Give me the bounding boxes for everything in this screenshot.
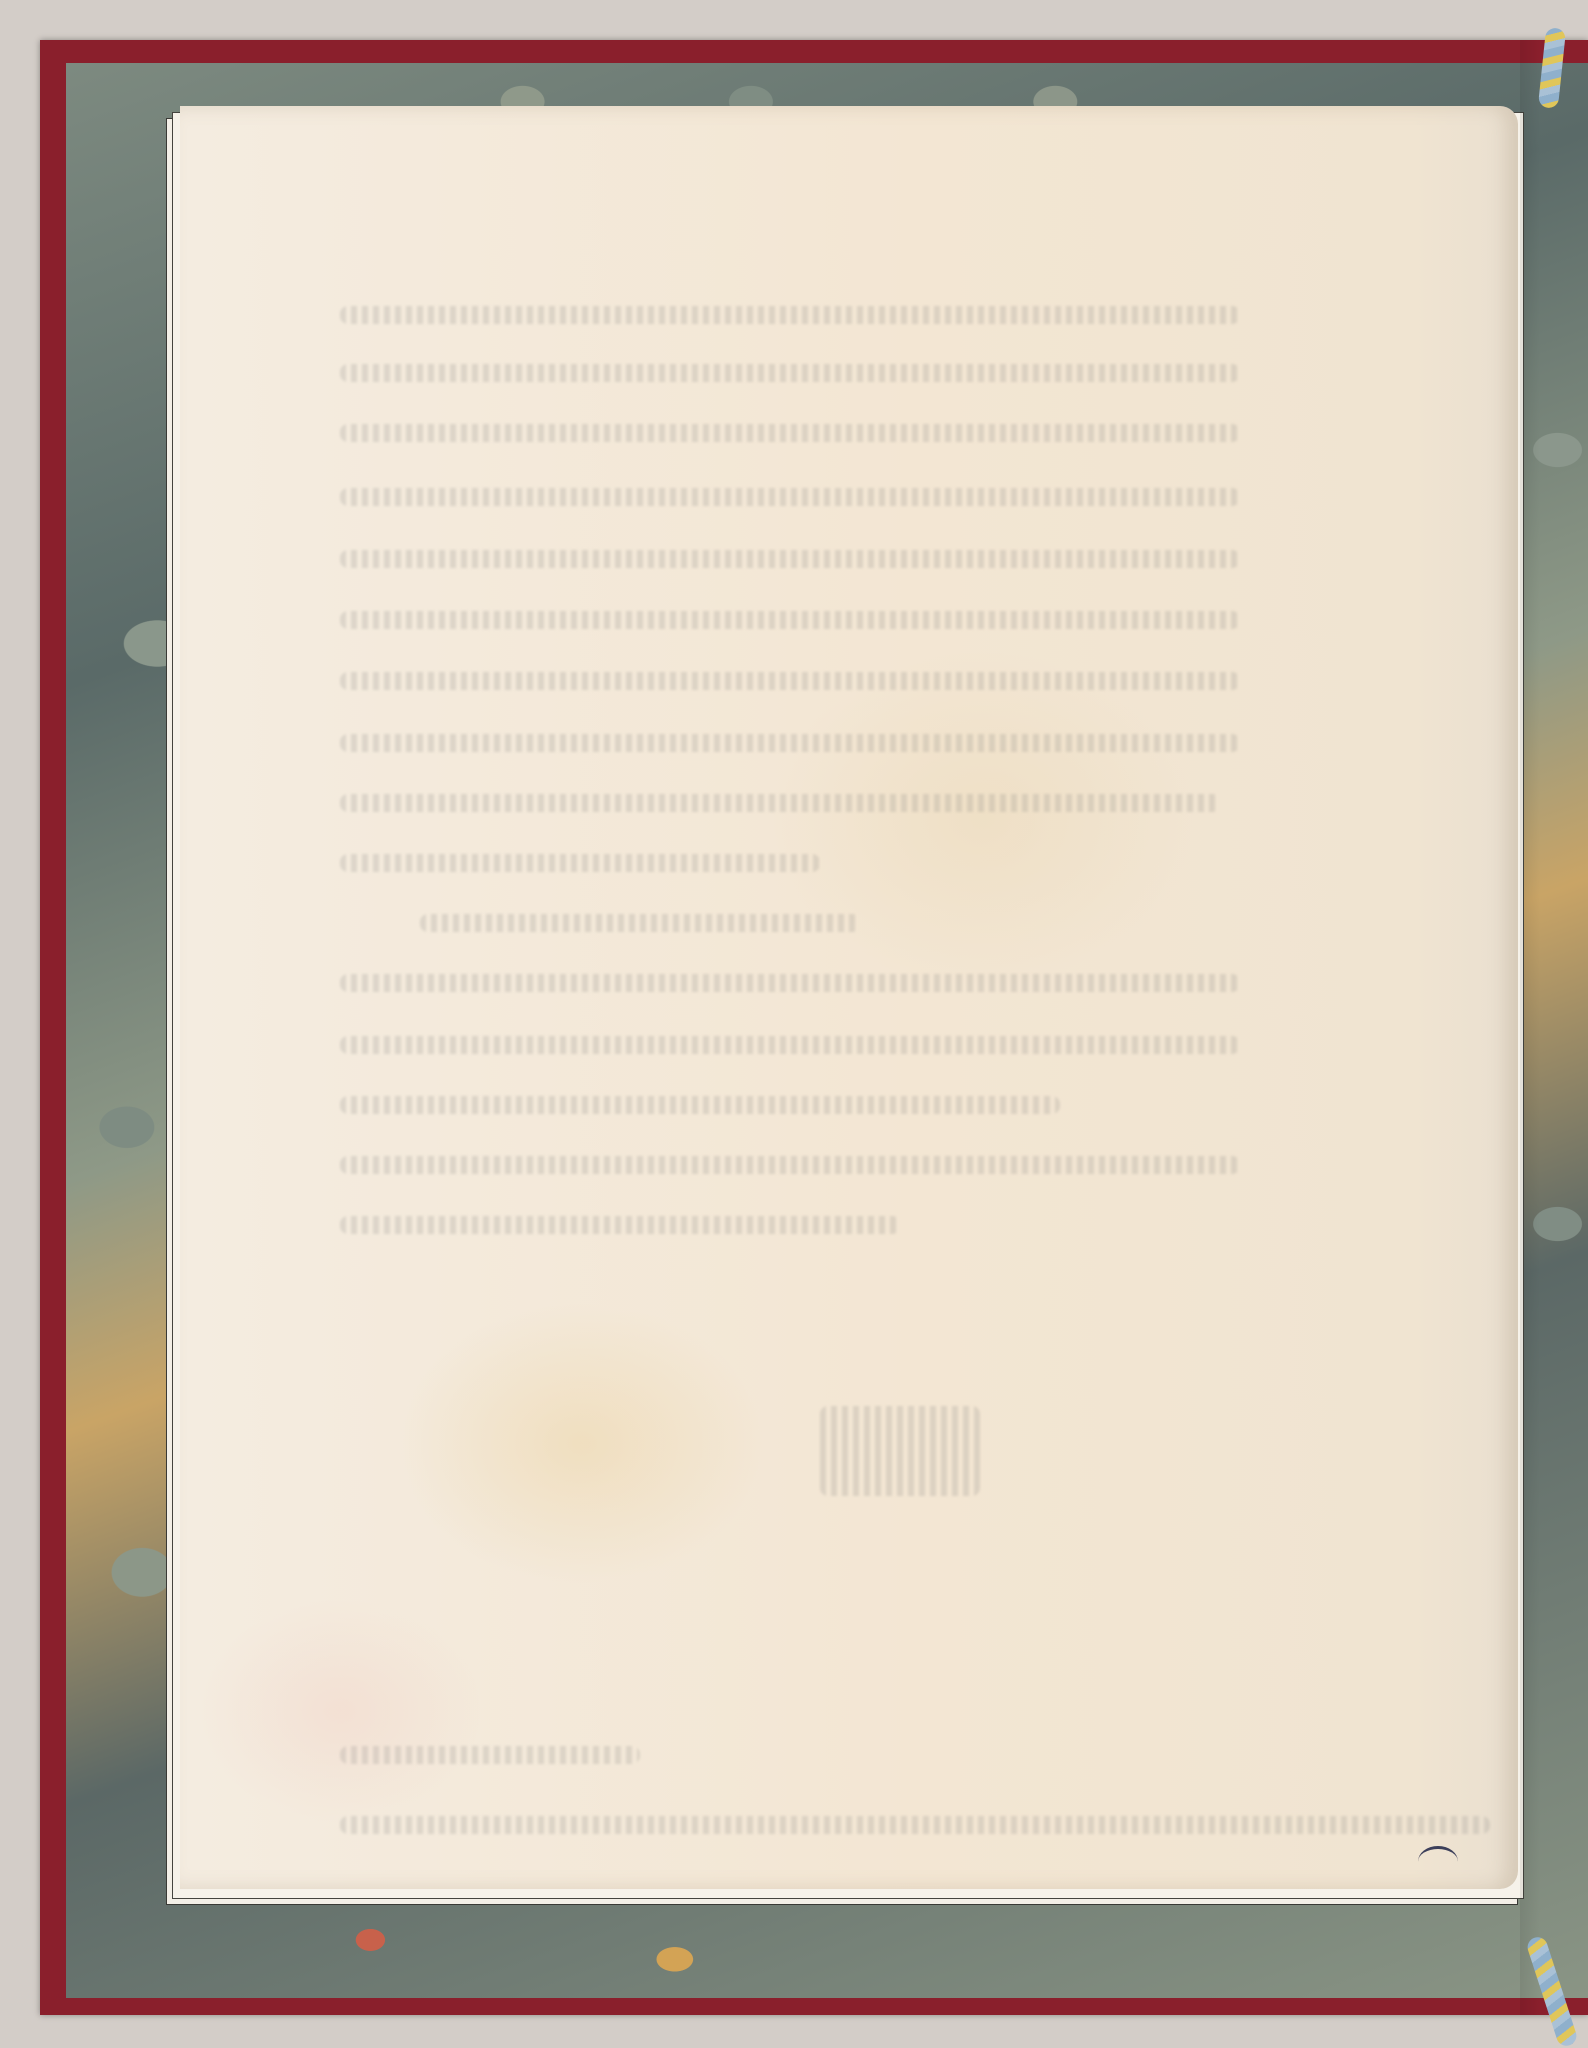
bleed-through-line	[340, 974, 1240, 992]
bleed-through-line	[340, 424, 1240, 442]
bleed-through-line	[340, 364, 1240, 382]
ink-mark	[1418, 1846, 1458, 1877]
bleed-through-line	[340, 794, 1220, 812]
bleed-through-line	[340, 734, 1240, 752]
bleed-through-line	[340, 306, 1240, 324]
bleed-through-line	[340, 550, 1240, 568]
bleed-through-line	[340, 1216, 900, 1234]
bleed-through-seal	[820, 1406, 980, 1496]
bleed-through-line	[340, 488, 1240, 506]
blank-page	[180, 106, 1518, 1889]
bleed-through-line	[340, 1096, 1060, 1114]
bleed-through-signature	[340, 1816, 1490, 1834]
bleed-through-line	[340, 1156, 1240, 1174]
bleed-through-line	[340, 1036, 1240, 1054]
bleed-through-line	[420, 914, 860, 932]
bleed-through-line	[340, 854, 820, 872]
bleed-through-line	[340, 672, 1240, 690]
bleed-through-line	[340, 611, 1240, 629]
bleed-through-signature	[340, 1746, 640, 1764]
cover-fold-shadow	[1520, 40, 1588, 2015]
